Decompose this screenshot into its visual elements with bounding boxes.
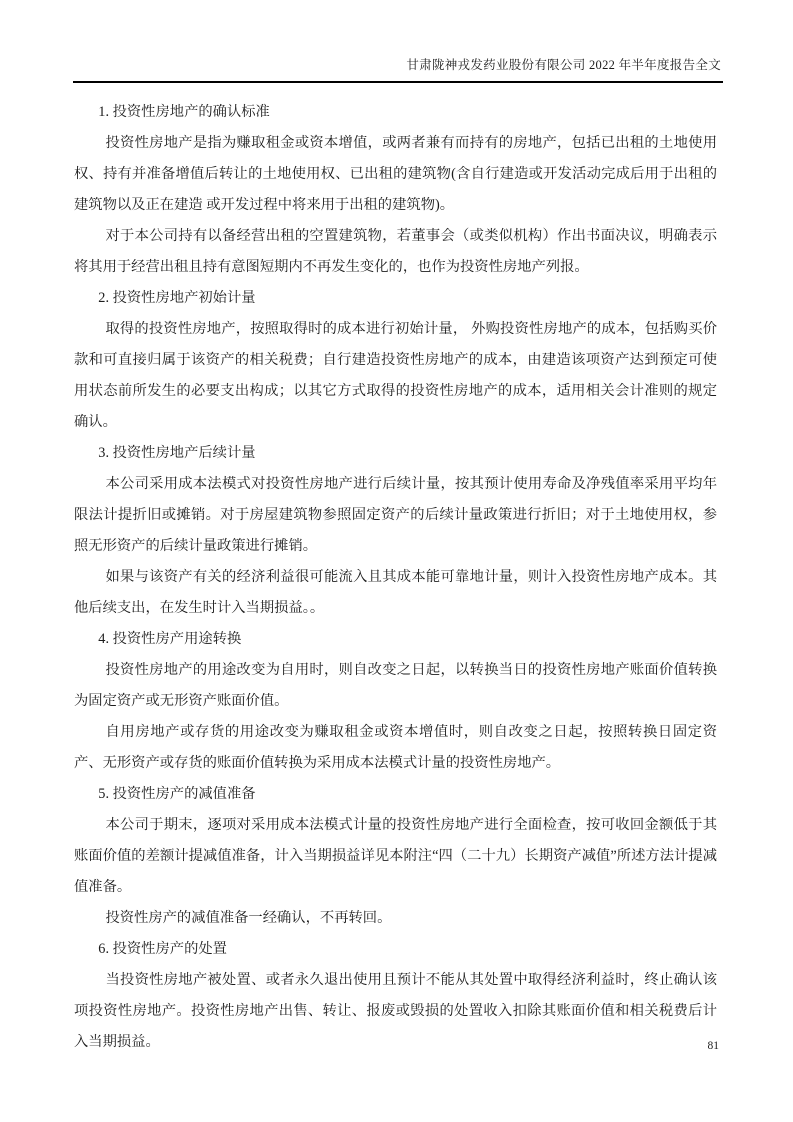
section-heading: 3. 投资性房地产后续计量 — [74, 438, 717, 469]
report-header-title: 甘肃陇神戎发药业股份有限公司 2022 年半年度报告全文 — [73, 56, 723, 74]
section-heading: 4. 投资性房产用途转换 — [74, 624, 717, 655]
paragraph: 投资性房产的减值准备一经确认，不再转回。 — [74, 903, 717, 934]
paragraph: 投资性房地产的用途改变为自用时，则自改变之日起，以转换当日的投资性房地产账面价值… — [74, 655, 717, 717]
paragraph: 自用房地产或存货的用途改变为赚取租金或资本增值时，则自改变之日起，按照转换日固定… — [74, 717, 717, 779]
section-heading: 6. 投资性房产的处置 — [74, 934, 717, 965]
paragraph: 如果与该资产有关的经济利益很可能流入且其成本能可靠地计量，则计入投资性房地产成本… — [74, 562, 717, 624]
document-body: 1. 投资性房地产的确认标准投资性房地产是指为赚取租金或资本增值，或两者兼有而持… — [74, 97, 717, 1058]
paragraph: 本公司于期末，逐项对采用成本法模式计量的投资性房地产进行全面检查，按可收回金额低… — [74, 810, 717, 903]
page-number: 81 — [708, 1038, 720, 1054]
section-heading: 2. 投资性房地产初始计量 — [74, 283, 717, 314]
report-page: 甘肃陇神戎发药业股份有限公司 2022 年半年度报告全文 1. 投资性房地产的确… — [0, 0, 793, 1122]
section-heading: 1. 投资性房地产的确认标准 — [74, 97, 717, 128]
paragraph: 对于本公司持有以备经营出租的空置建筑物，若董事会（或类似机构）作出书面决议，明确… — [74, 221, 717, 283]
paragraph: 取得的投资性房地产，按照取得时的成本进行初始计量， 外购投资性房地产的成本，包括… — [74, 314, 717, 438]
paragraph: 投资性房地产是指为赚取租金或资本增值，或两者兼有而持有的房地产，包括已出租的土地… — [74, 128, 717, 221]
paragraph: 当投资性房地产被处置、或者永久退出使用且预计不能从其处置中取得经济利益时，终止确… — [74, 965, 717, 1058]
paragraph: 本公司采用成本法模式对投资性房地产进行后续计量，按其预计使用寿命及净残值率采用平… — [74, 469, 717, 562]
section-heading: 5. 投资性房产的减值准备 — [74, 779, 717, 810]
header-rule — [73, 81, 723, 83]
page-header: 甘肃陇神戎发药业股份有限公司 2022 年半年度报告全文 — [73, 56, 723, 91]
